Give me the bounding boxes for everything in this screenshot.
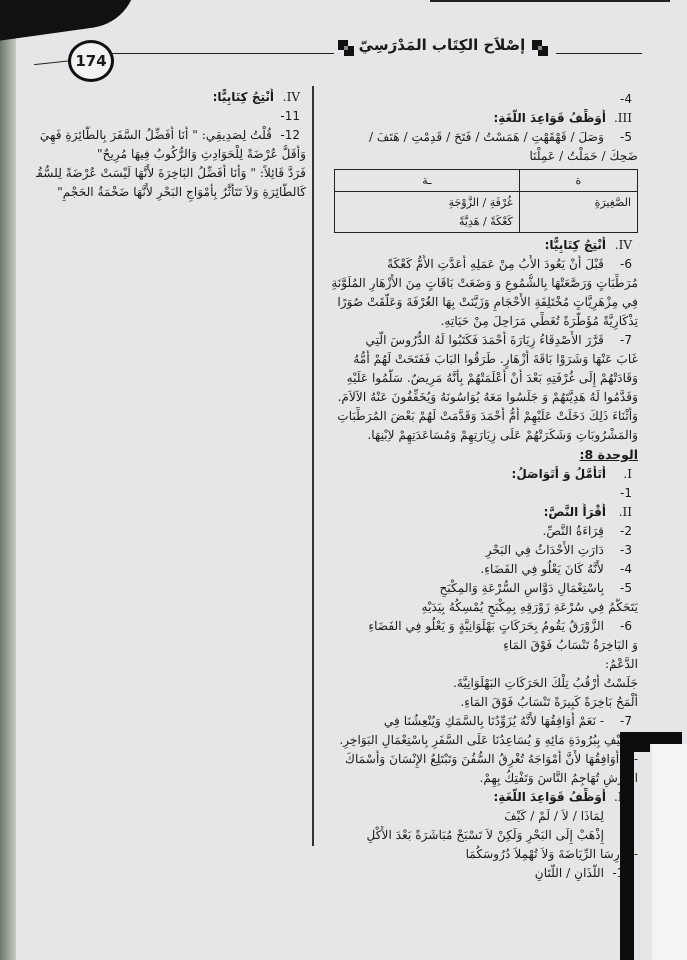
item-text: وَصَلَ / قَهْقَهْتِ / هَمَسْتُ / فَتَحَ … xyxy=(369,130,604,144)
section-heading: I.أَتَأَمَّلُ وَ أَتَوَاصَلُ: xyxy=(320,465,638,484)
answer-item: 4-لأَنَّهُ كَانَ يَعْلُو فِي الفَضَاءِ. xyxy=(320,560,638,579)
continuation-line: فِي مِزْهَرِيَّاتٍ مُخْتَلِفَةِ الأَحْجَ… xyxy=(320,293,638,312)
answer-item: 9-إِذْهَبْ إِلَى البَحْرِ وَلَكِنْ لاَ ت… xyxy=(320,826,638,845)
answer-item: 6-قَبْلَ أَنْ يَعُودَ الأَبُ مِنْ عَمَلِ… xyxy=(320,255,638,274)
continuation-line: وَقَادَتْهُمْ إِلَى غُرْفَتِهِ بَعْدَ أَ… xyxy=(320,369,638,388)
answer-item: 11- xyxy=(36,107,306,126)
item-text: لأَنَّهُ كَانَ يَعْلُو فِي الفَضَاءِ. xyxy=(480,562,604,576)
right-column: 4-III.أُوَظِّفُ قَوَاعِدَ اللُّغَةِ:5-وَ… xyxy=(320,90,638,883)
decorative-squares-icon xyxy=(532,40,548,56)
item-text: اللَّذَانِ / اللَّتَانِ xyxy=(535,866,604,880)
continuation-line: ضَحِكَ / حَمَلْتُ / عَمِلْنَا xyxy=(320,147,638,166)
item-number: 3- xyxy=(604,541,632,560)
item-text: قِرَاءَةُ النَّصِّ. xyxy=(542,524,604,538)
continuation-line: الصَّيْفِ بِبُرُودَةِ مَائِهِ وَ يُسَاعِ… xyxy=(320,731,638,750)
item-text: لِمَاذَا / لاَ / لَمْ / كَيْفَ xyxy=(504,809,604,823)
photo-shadow-edge xyxy=(430,0,670,2)
item-number: 7- xyxy=(604,712,632,731)
answer-item: 2-قِرَاءَةُ النَّصِّ. xyxy=(320,522,638,541)
page-number: 174 xyxy=(75,52,106,70)
section-title: أَتَأَمَّلُ وَ أَتَوَاصَلُ: xyxy=(512,467,606,481)
answer-item: 4- xyxy=(320,90,638,109)
item-text: دَارَتِ الأَحْدَاثُ فِي البَحْرِ xyxy=(486,543,604,557)
continuation-line: - لاَ أُوَافِقُهَا لأَنَّ أَمْوَاجَهُ تُ… xyxy=(320,750,638,769)
header-rule-right xyxy=(556,53,642,54)
continuation-line: كَالطَّائِرَةِ وَلاَ تَتَأَثَّرُ بِأَمْو… xyxy=(36,183,306,202)
section-title: أُنْتِجُ كِتَابِيًّا: xyxy=(213,90,274,104)
continuation-line: وَأَقَلُّ عُرْضَةً لِلْحَوَادِثِ وَالرُّ… xyxy=(36,145,306,164)
section-heading: II.أَقْرَأُ النَّصَّ: xyxy=(320,503,638,522)
table-cell: الصَّغِيرَةِ xyxy=(519,192,637,233)
item-number: 7- xyxy=(604,331,632,350)
item-number: 6- xyxy=(604,617,632,636)
item-number: 4- xyxy=(604,90,632,109)
section-roman-numeral: IV. xyxy=(274,88,300,107)
continuation-line: الدَّعْمُ: xyxy=(320,655,638,674)
continuation-line: فَرَدَّ قَائِلاً: " وَأَنَا أُفَضِّلُ ال… xyxy=(36,164,306,183)
item-text: قُلْتُ لِصَدِيقِي: " أَنَا أُفَضِّلُ الس… xyxy=(36,128,272,142)
item-number: 11- xyxy=(272,107,300,126)
item-number: 1- xyxy=(604,484,632,503)
item-text: قَبْلَ أَنْ يَعُودَ الأَبُ مِنْ عَمَلِهِ… xyxy=(387,257,604,271)
photo-frame-edge xyxy=(634,744,650,752)
answer-item: 1- xyxy=(320,484,638,503)
continuation-line: يَتَحَكَّمُ فِي سُرْعَةِ زَوْرَقِهِ بِمِ… xyxy=(320,598,638,617)
section-title: أُوَظِّفُ قَوَاعِدَ اللُّغَةِ: xyxy=(493,790,606,804)
item-number: 6- xyxy=(604,255,632,274)
section-title: أُوَظِّفُ قَوَاعِدَ اللُّغَةِ: xyxy=(493,111,606,125)
unit-title: الوحدة 8: xyxy=(580,447,638,462)
item-text: بِاسْتِعْمَالِ دَوَّاسِ السُّرْعَةِ وَال… xyxy=(440,581,605,595)
item-number: 4- xyxy=(604,560,632,579)
answer-item: 3-دَارَتِ الأَحْدَاثُ فِي البَحْرِ xyxy=(320,541,638,560)
continuation-line: وَقَدَّمُوا لَهُ هَدِيَّتَهُمْ وَ جَلَسُ… xyxy=(320,388,638,407)
header-rule-middle xyxy=(110,53,334,54)
answer-item: 6-الزَّوْرَقُ يَقُومُ بِحَرَكَاتٍ بَهْلَ… xyxy=(320,617,638,636)
continuation-line: غَابَ عَنْهَا وَشَرَوْا بَاقَةَ أَزْهَار… xyxy=(320,350,638,369)
continuation-line: وَ البَاخِرَةُ تَنْسَابُ فَوْقَ المَاءِ xyxy=(320,636,638,655)
continuation-line: مُرَطِّبَاتٍ وَرَصَّعَتْهَا بِالشُّمُوعِ… xyxy=(320,274,638,293)
page-binding-edge xyxy=(0,30,16,960)
left-column: IV.أُنْتِجُ كِتَابِيًّا:11-12-قُلْتُ لِص… xyxy=(36,88,306,202)
continuation-line: وَالمَشْرُوبَاتِ وَشَكَرَتْهُمْ عَلَى زِ… xyxy=(320,426,638,445)
section-heading: IV.أُنْتِجُ كِتَابِيًّا: xyxy=(320,236,638,255)
item-number: 12- xyxy=(272,126,300,145)
continuation-line: تِذْكَارِيَّةً مُؤَطَّرَةً تُغَطِّي مَرَ… xyxy=(320,312,638,331)
answer-item: 10-اللَّذَانِ / اللَّتَانِ xyxy=(320,864,638,883)
continuation-line: أَلْمَحُ بَاخِرَةً كَبِيرَةً تَنْسَابُ ف… xyxy=(320,693,638,712)
section-title: أَقْرَأُ النَّصَّ: xyxy=(544,505,606,519)
page-title: إصْلاَح الكِتَاب المَدْرَسِيّ xyxy=(352,36,532,54)
answer-item: 5-بِاسْتِعْمَالِ دَوَّاسِ السُّرْعَةِ وَ… xyxy=(320,579,638,598)
item-number: 5- xyxy=(604,128,632,147)
table-cell: غُرْفَةِ / الزَّوْجَةِ كَعْكَةً / هَدِيَ… xyxy=(335,192,520,233)
answer-item: 7-قَرَّرَ الأَصْدِقَاءُ زِيَارَةَ أَحْمَ… xyxy=(320,331,638,350)
photo-background xyxy=(652,744,687,960)
item-text: قَرَّرَ الأَصْدِقَاءُ زِيَارَةَ أَحْمَدَ… xyxy=(366,333,604,347)
section-heading: IV.أُنْتِجُ كِتَابِيًّا: xyxy=(36,88,306,107)
item-number: 2- xyxy=(604,522,632,541)
answer-item: 7-- نَعَمْ أُوَافِقُهَا لأَنَّهُ يُزَوِّ… xyxy=(320,712,638,731)
page-number-badge: 174 xyxy=(68,40,114,82)
column-divider xyxy=(312,86,314,846)
continuation-line: جَلَسْتُ أَرْقُبُ تِلْكَ الحَرَكَاتِ الب… xyxy=(320,674,638,693)
table-header-ta-marbuta: ة xyxy=(519,170,637,192)
photo-frame-edge xyxy=(620,736,634,960)
item-number: 5- xyxy=(604,579,632,598)
section-roman-numeral: III. xyxy=(606,109,632,128)
section-heading: III.أُوَظِّفُ قَوَاعِدَ اللُّغَةِ: xyxy=(320,109,638,128)
section-roman-numeral: I. xyxy=(606,465,632,484)
continuation-line: وَأَثْنَاءَ ذَلِكَ دَخَلَتْ عَلَيْهِمْ أ… xyxy=(320,407,638,426)
section-title: أُنْتِجُ كِتَابِيًّا: xyxy=(545,238,606,252)
item-text: إِذْهَبْ إِلَى البَحْرِ وَلَكِنْ لاَ تَس… xyxy=(367,828,604,842)
section-heading: III.أُوَظِّفُ قَوَاعِدَ اللُّغَةِ: xyxy=(320,788,638,807)
item-text: الزَّوْرَقُ يَقُومُ بِحَرَكَاتٍ بَهْلَوَ… xyxy=(368,619,604,633)
item-text: - نَعَمْ أُوَافِقُهَا لأَنَّهُ يُزَوِّدُ… xyxy=(384,714,604,728)
unit-heading: الوحدة 8: xyxy=(320,445,638,465)
section-roman-numeral: II. xyxy=(606,503,632,522)
answer-item: 5-وَصَلَ / قَهْقَهْتِ / هَمَسْتُ / فَتَح… xyxy=(320,128,638,147)
section-roman-numeral: IV. xyxy=(606,236,632,255)
continuation-line: القِرْشِ تُهَاجِمُ النَّاسَ وَتَفْتِكُ ب… xyxy=(320,769,638,788)
continuation-line: - مَارِسَا الرِّيَاضَةَ وَلاَ تُهْمِلاَ … xyxy=(320,845,638,864)
table-header-ta-connected: ـة xyxy=(335,170,520,192)
grammar-table: ة ـة الصَّغِيرَةِ غُرْفَةِ / الزَّوْجَةِ… xyxy=(334,169,638,233)
answer-item: 12-قُلْتُ لِصَدِيقِي: " أَنَا أُفَضِّلُ … xyxy=(36,126,306,145)
answer-item: 8-لِمَاذَا / لاَ / لَمْ / كَيْفَ xyxy=(320,807,638,826)
